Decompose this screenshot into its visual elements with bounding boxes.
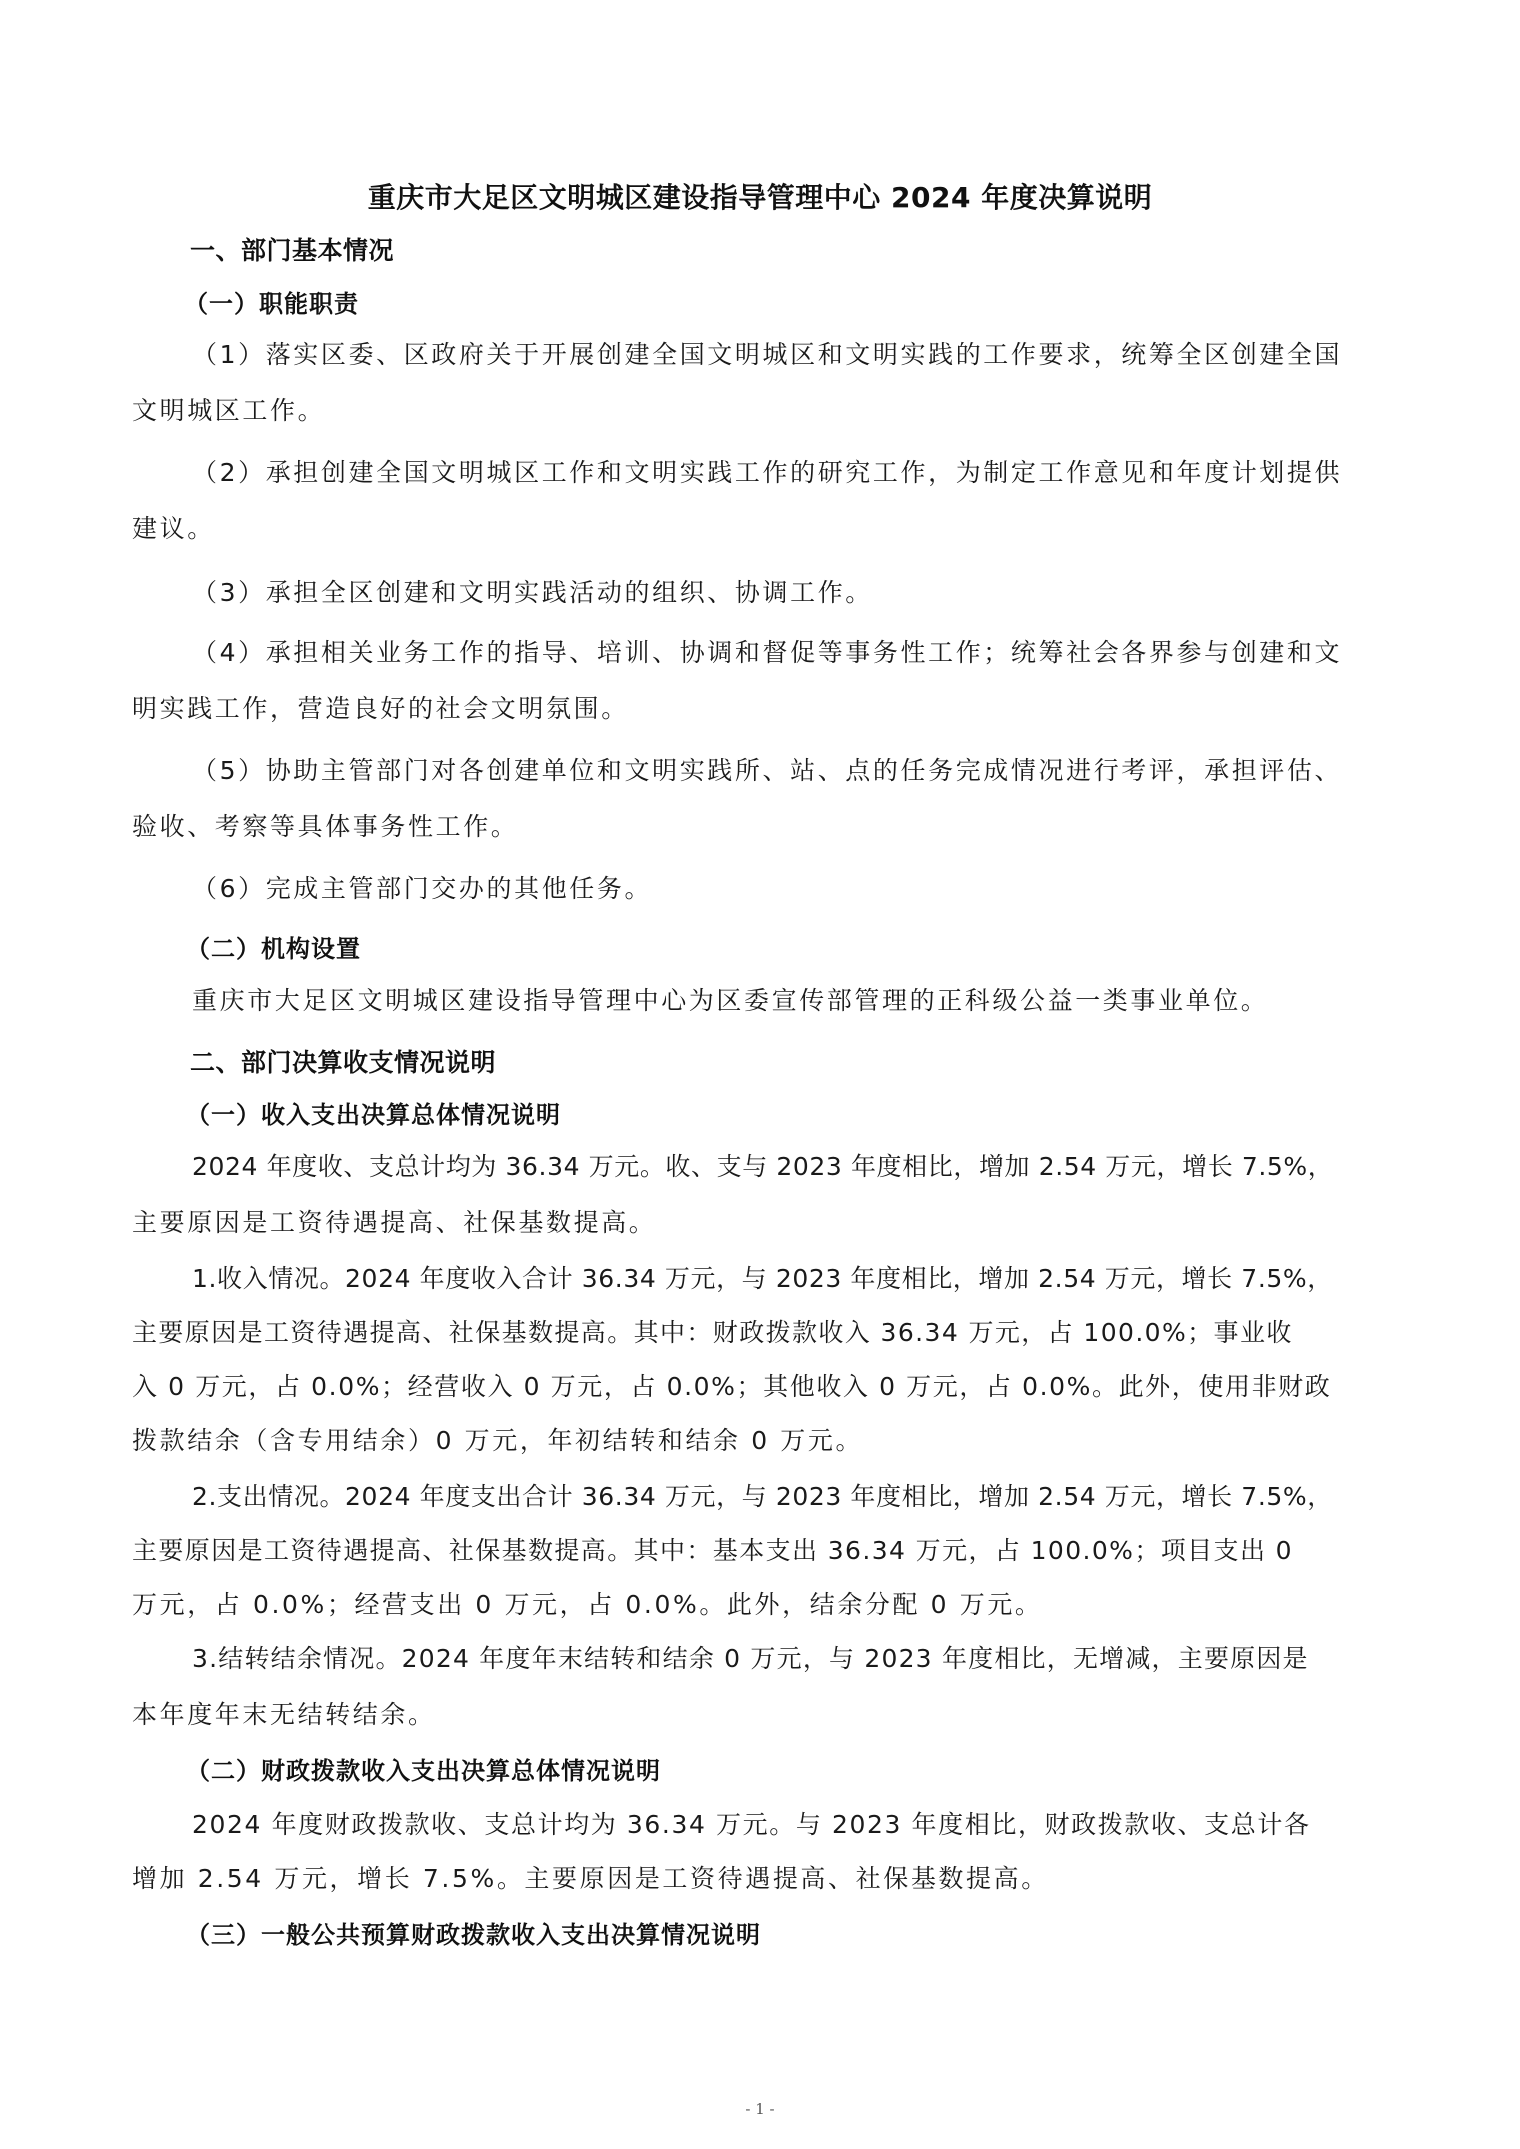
fiscal-appropriation-line2: 增加 2.54 万元，增长 7.5%。主要原因是工资待遇提高、社保基数提高。: [132, 1862, 1402, 1896]
subsection-heading-functions: （一）职能职责: [184, 287, 1454, 321]
function-item-1-line2: 文明城区工作。: [132, 394, 1402, 428]
income-line1: 1.收入情况。2024 年度收入合计 36.34 万元，与 2023 年度相比，…: [192, 1262, 1462, 1296]
overall-summary-line1: 2024 年度收、支总计均为 36.34 万元。收、支与 2023 年度相比，增…: [192, 1150, 1462, 1184]
fiscal-appropriation-line1: 2024 年度财政拨款收、支总计均为 36.34 万元。与 2023 年度相比，…: [192, 1808, 1462, 1842]
subsection-heading-organization: （二）机构设置: [186, 932, 1456, 966]
expenditure-line1: 2.支出情况。2024 年度支出合计 36.34 万元，与 2023 年度相比，…: [192, 1480, 1462, 1514]
function-item-4-line1: （4）承担相关业务工作的指导、培训、协调和督促等事务性工作；统筹社会各界参与创建…: [192, 636, 1462, 670]
function-item-2-line2: 建议。: [132, 512, 1402, 546]
income-line2: 主要原因是工资待遇提高、社保基数提高。其中：财政拨款收入 36.34 万元，占 …: [132, 1316, 1402, 1350]
income-line3: 入 0 万元，占 0.0%；经营收入 0 万元，占 0.0%；其他收入 0 万元…: [132, 1370, 1402, 1404]
function-item-1-line1: （1）落实区委、区政府关于开展创建全国文明城区和文明实践的工作要求，统筹全区创建…: [192, 338, 1462, 372]
overall-summary-line2: 主要原因是工资待遇提高、社保基数提高。: [132, 1206, 1402, 1240]
subsection-heading-general-budget: （三）一般公共预算财政拨款收入支出决算情况说明: [186, 1918, 1456, 1952]
function-item-3: （3）承担全区创建和文明实践活动的组织、协调工作。: [192, 576, 1462, 610]
section-heading-basic-info: 一、部门基本情况: [190, 234, 1460, 268]
carryover-line2: 本年度年末无结转结余。: [132, 1698, 1402, 1732]
carryover-line1: 3.结转结余情况。2024 年度年末结转和结余 0 万元，与 2023 年度相比…: [192, 1642, 1462, 1676]
income-line4: 拨款结余（含专用结余）0 万元，年初结转和结余 0 万元。: [132, 1424, 1402, 1458]
function-item-4-line2: 明实践工作，营造良好的社会文明氛围。: [132, 692, 1402, 726]
function-item-6: （6）完成主管部门交办的其他任务。: [192, 872, 1462, 906]
function-item-5-line1: （5）协助主管部门对各创建单位和文明实践所、站、点的任务完成情况进行考评，承担评…: [192, 754, 1462, 788]
page-number: - 1 -: [0, 2100, 1520, 2118]
document-title: 重庆市大足区文明城区建设指导管理中心 2024 年度决算说明: [0, 176, 1520, 216]
section-heading-final-accounts: 二、部门决算收支情况说明: [190, 1046, 1460, 1080]
organization-text: 重庆市大足区文明城区建设指导管理中心为区委宣传部管理的正科级公益一类事业单位。: [192, 984, 1462, 1018]
subsection-heading-overall: （一）收入支出决算总体情况说明: [186, 1098, 1456, 1132]
expenditure-line3: 万元，占 0.0%；经营支出 0 万元，占 0.0%。此外，结余分配 0 万元。: [132, 1588, 1402, 1622]
function-item-2-line1: （2）承担创建全国文明城区工作和文明实践工作的研究工作，为制定工作意见和年度计划…: [192, 456, 1462, 490]
expenditure-line2: 主要原因是工资待遇提高、社保基数提高。其中：基本支出 36.34 万元，占 10…: [132, 1534, 1402, 1568]
document-page: 重庆市大足区文明城区建设指导管理中心 2024 年度决算说明 一、部门基本情况 …: [0, 0, 1520, 2149]
function-item-5-line2: 验收、考察等具体事务性工作。: [132, 810, 1402, 844]
subsection-heading-fiscal-appropriation: （二）财政拨款收入支出决算总体情况说明: [186, 1754, 1456, 1788]
